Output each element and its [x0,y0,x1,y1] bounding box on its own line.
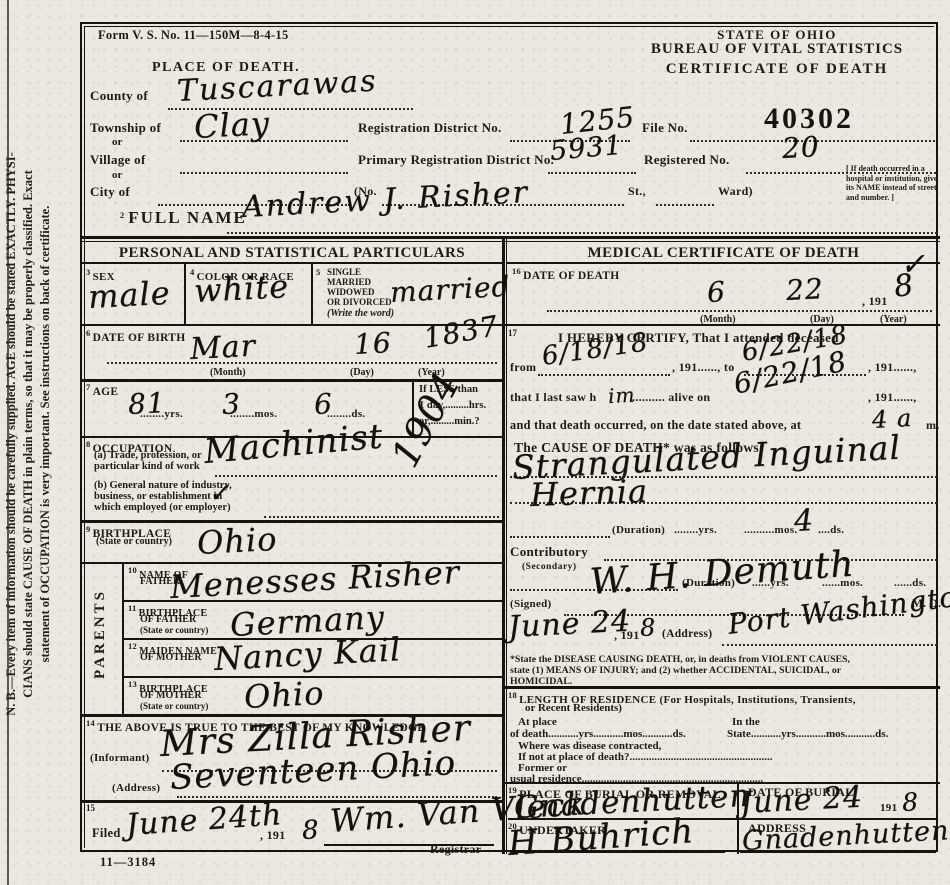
dotted-line [547,310,932,312]
footnote-line2: state (1) MEANS OF INJURY; and (2) wheth… [510,665,841,676]
occupation-checkmark-handwriting: ✓ [207,478,231,509]
rule [82,520,502,523]
bureau-title: BUREAU OF VITAL STATISTICS [627,41,927,58]
informant-address-label: (Address) [112,782,160,794]
dotted-line [510,536,610,538]
field-number: 13 [128,679,137,689]
primary-registration-label: Primary Registration District No. [358,152,554,168]
field-number: 11 [128,603,137,613]
field-number: 12 [128,641,137,651]
label-text: AGE [93,386,119,398]
burial-year-printed: 191 [880,802,897,814]
dotted-line [548,172,636,174]
duration1-ds: ....ds. [818,524,844,536]
cell-divider [184,264,186,324]
age-months-unit: ........mos. [230,408,277,420]
duration1-days-handwriting: 4 [793,503,815,539]
label-text: DATE OF BIRTH [93,332,186,344]
death-day-handwriting: 22 [785,272,824,307]
county-label: County of [90,88,148,104]
village-label: Village of [90,152,146,168]
medical-certificate-title: MEDICAL CERTIFICATE OF DEATH [507,245,940,262]
dotted-line [722,644,937,646]
dotted-line [264,516,499,518]
field-number: 6 [86,328,91,338]
death-time-m-label: m. [926,418,940,433]
age-label: 7AGE [86,382,118,398]
primary-registration-value-handwriting: 5931 [549,130,624,167]
certify-tail-text: , 191......, [868,360,917,375]
field-number: 3 [86,267,91,277]
column-divider [502,236,505,854]
margin-instructions: N. B.—Every item of information should b… [3,24,67,844]
dotted-line [538,374,670,376]
section-divider-thin [82,241,940,242]
field-number: 16 [512,266,521,276]
plate-number: 11—3184 [100,855,156,870]
father-birthplace-label-line2: OF FATHER [140,614,196,625]
filed-year-printed: , 191 [260,828,286,843]
certify-from-label: from [510,360,536,375]
hospital-note: [ If death occurred in a hospital or ins… [846,164,938,202]
certify-mid-text: , 191......, to [672,360,735,375]
mother-birthplace-label-line2: OF MOTHER [140,690,202,701]
field-number: 9 [86,524,91,534]
marital-option-single: SINGLE [327,267,361,277]
rule [507,262,940,264]
field-number: 8 [86,439,91,449]
last-saw-pre: that I last saw h [510,390,596,405]
age-years-unit: ........yrs. [140,408,183,420]
or-word-1: or [112,136,122,148]
length-of-residence-label2: or Recent Residents) [525,702,622,714]
section-divider [82,236,940,239]
last-saw-tail: , 191......, [868,390,917,405]
death-certificate-scan: { "doc": { "form_no": "Form V. S. No. 11… [0,0,950,885]
township-label: Township of [90,120,161,136]
birth-day-handwriting: 16 [353,326,392,361]
file-no-label: File No. [642,120,688,136]
field-number: 18 [508,690,517,700]
death-occurred-text: and that death occurred, on the date sta… [510,418,801,433]
form-number: Form V. S. No. 11—150M—8-4-15 [98,28,289,43]
mother-maiden-name-label-line2: OF MOTHER [140,652,202,663]
rule [82,262,502,264]
certificate-form: Form V. S. No. 11—150M—8-4-15 STATE OF O… [80,22,938,852]
physician-signature-handwriting: W. H. Demuth [589,544,856,603]
city-label: City of [90,184,130,200]
occupation-value-handwriting: Machinist [202,416,385,472]
personal-particulars-title: PERSONAL AND STATISTICAL PARTICULARS [82,245,502,262]
secondary-label: (Secondary) [522,562,577,572]
occupation-a-line2: particular kind of work [94,461,200,472]
street-ward-label: Ward) [718,184,753,199]
cause-of-death-line2-handwriting: Hernia [529,472,648,514]
attended-from-date-handwriting: 6/18/18 [540,327,650,372]
marital-option-divorced: OR DIVORCED [327,297,392,307]
informant-label: (Informant) [90,752,150,764]
filed-label: Filed [92,826,121,841]
last-saw-mid: .......... alive on [632,390,710,405]
date-of-death-label: 16DATE OF DEATH [512,266,619,282]
duration1-label: (Duration) [612,524,665,536]
signature-year-handwriting: 8 [639,613,657,642]
margin-line-1: N. B.—Every item of information should b… [3,24,20,844]
color-race-value-handwriting: white [193,267,290,310]
date-of-burial-handwriting: June 24 [739,780,864,821]
field-number: 2 [120,210,126,220]
certify-field-number: 17 [508,328,517,338]
death-month-handwriting: 6 [706,275,727,309]
dotted-line [656,204,714,206]
full-name-label: 2FULL NAME [120,208,247,228]
dotted-line [215,475,497,477]
birthplace-value-handwriting: Ohio [196,520,278,562]
signature-year-printed: , 191 [614,628,640,643]
street-st-label: St., [628,184,646,199]
dotted-line [180,172,348,174]
occupation-b-line2: business, or establishment in [94,491,222,502]
signature-line [740,851,936,853]
month-caption: (Month) [210,367,246,378]
birth-year-handwriting: 1837 [421,309,501,355]
filed-year-handwriting: 8 [301,815,320,846]
label-text: FULL NAME [128,208,247,227]
registered-no-label: Registered No. [644,152,730,168]
margin-line-3: statement of OCCUPATION is very importan… [37,24,54,844]
physician-address-label: (Address) [662,628,712,640]
date-of-birth-label: 6DATE OF BIRTH [86,328,186,344]
margin-line-2: CIANS should state CAUSE OF DEATH in pla… [20,24,37,844]
footnote-line1: *State the DISEASE CAUSING DEATH, or, in… [510,654,850,665]
occupation-a-line1: (a) Trade, profession, or [94,450,202,461]
duration1-mos: ..........mos. [744,524,797,536]
field-number: 14 [86,718,95,728]
marital-option-widowed: WIDOWED [327,287,375,297]
birth-month-handwriting: Mar [189,329,257,367]
signature-line [510,851,725,853]
sex-value-handwriting: male [87,274,171,316]
contributory-label: Contributory [510,544,588,560]
at-place-line1: At place [518,716,557,728]
marital-field-number: 5 [316,267,320,277]
registration-district-label: Registration District No. [358,120,502,136]
death-year-printed: , 191 [862,294,888,309]
certificate-title: CERTIFICATE OF DEATH [627,61,927,78]
cell-divider [311,264,313,324]
duration1-yrs: ........yrs. [674,524,717,536]
marital-hint: (Write the word) [327,308,394,319]
dotted-line [227,232,937,234]
or-word-2: or [112,169,122,181]
column-divider-thin [506,236,507,854]
registered-no-value-handwriting: 20 [781,130,820,165]
rule [502,686,940,689]
parents-section-label: PARENTS [92,574,112,694]
father-birthplace-hint: (State or country) [140,625,208,635]
mother-birthplace-hint: (State or country) [140,701,208,711]
filed-field-number: 15 [86,803,95,813]
label-text: DATE OF DEATH [523,270,619,282]
marital-option-married: MARRIED [327,277,371,287]
marital-value-handwriting: married [389,270,511,309]
birthplace-hint: (State or country) [96,536,172,547]
township-value-handwriting: Clay [193,104,271,146]
field-number: 7 [86,382,91,392]
burial-year-handwriting: 8 [901,787,919,817]
mother-birthplace-handwriting: Ohio [243,674,325,716]
registrar-label: Registrar [430,842,481,857]
field-number: 10 [128,565,137,575]
rule [502,324,940,326]
dotted-line [107,362,497,364]
at-place-line2: of death...........yrs...........mos....… [510,728,686,740]
in-state-line2: State...........yrs...........mos.......… [727,728,888,740]
in-state-line1: In the [732,716,760,728]
full-name-value-handwriting: Andrew J. Risher [241,175,530,225]
day-caption: (Day) [350,367,374,378]
